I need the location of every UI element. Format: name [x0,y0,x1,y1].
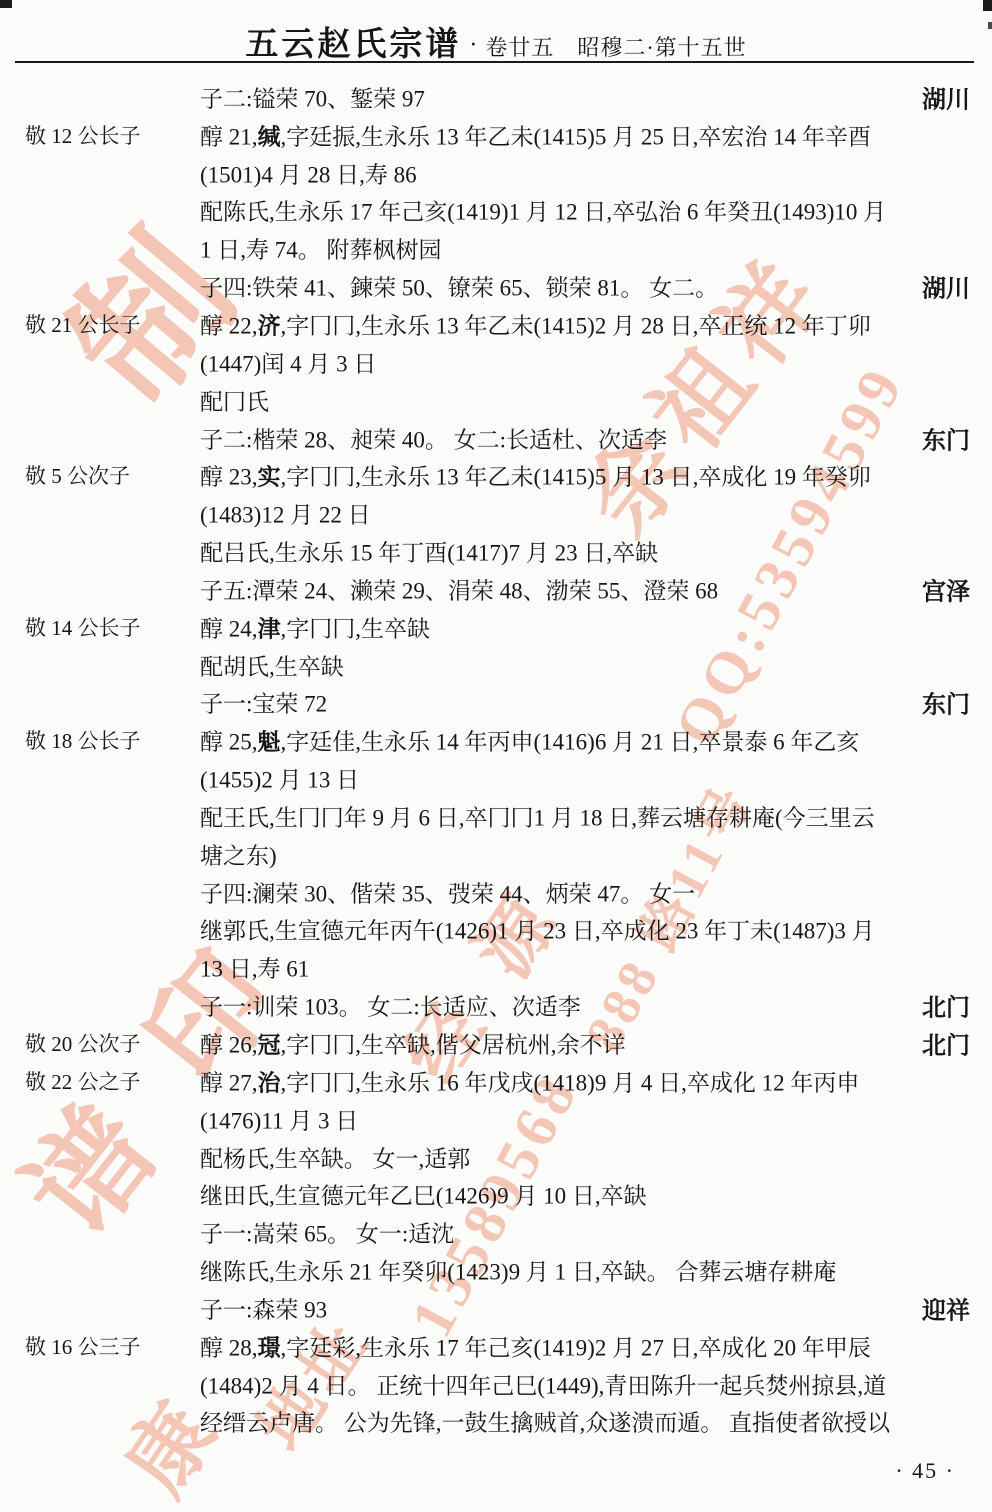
branch-label: 湖川 [922,269,970,304]
entry-text-post: ,字冂冂,生卒缺,偕父居杭州,余不详 [281,1033,626,1058]
scan-corner-artifact [0,0,12,8]
entry-row: (1476)11 月 3 日 [0,1100,992,1138]
entry-text: 子一:嵩荣 65。 女一:适沈 [200,1216,454,1249]
entry-text-pre: 13 日,寿 61 [200,957,309,982]
page-header: 五云赵氏宗谱·卷廿五 昭穆二·第十五世 [0,18,992,65]
entry-text-pre: 醇 24, [200,616,258,641]
title-separator-dot: · [461,32,485,58]
genealogy-scan-page: { "header": { "title_main": "五云赵氏宗谱", "t… [0,0,992,1512]
entry-text-pre: (1476)11 月 3 日 [200,1108,358,1133]
entry-row: (1447)闰 4 月 3 日 [0,343,992,381]
branch-label: 迎祥 [922,1290,970,1325]
entry-row: 配胡氏,生卒缺 [0,646,992,684]
entry-text-pre: 配吕氏,生永乐 15 年丁酉(1417)7 月 23 日,卒缺 [200,541,658,566]
entry-text-pre: 子一:宝荣 72 [200,692,327,717]
entry-text: 经缙云卢唐。 公为先锋,一鼓生擒贼首,众遂溃而遁。 直指使者欲授以 [200,1405,890,1438]
entry-text-pre: (1501)4 月 28 日,寿 86 [200,162,417,187]
given-name: 魁 [258,730,281,755]
entry-text-pre: 继郭氏,生宣德元年丙午(1426)1 月 23 日,卒成化 23 年丁未(148… [200,919,875,944]
entry-text-pre: (1483)12 月 22 日 [200,503,371,528]
entry-text: 醇 23,实,字冂冂,生永乐 13 年乙未(1415)5 月 13 日,卒成化 … [200,459,871,492]
entry-text-pre: 醇 25, [200,730,258,755]
entry-text: (1455)2 月 13 日 [200,762,359,795]
entry-row: 子四:铁荣 41、鍊荣 50、镣荣 65、锁荣 81。 女二。湖川 [0,267,992,305]
branch-label: 湖川 [922,79,970,114]
entry-text-pre: 醇 28, [200,1335,258,1360]
entry-row: 子一:训荣 103。 女二:长适应、次适李北门 [0,986,992,1024]
entry-text-post: ,字冂冂,生永乐 13 年乙未(1415)2 月 28 日,卒正统 12 年丁卯 [281,313,871,338]
entry-text-pre: 配杨氏,生卒缺。 女一,适郭 [200,1146,470,1171]
entry-row: 继陈氏,生永乐 21 年癸卯(1423)9 月 1 日,卒缺。 合葬云塘存耕庵 [0,1251,992,1289]
entry-row: 继郭氏,生宣德元年丙午(1426)1 月 23 日,卒成化 23 年丁未(148… [0,911,992,949]
entry-text-pre: 配冂氏 [200,389,269,414]
entry-text-pre: (1484)2 月 4 日。 正统十四年己巳(1449),青田陈升一起兵焚州掠县… [200,1373,886,1398]
entry-row: 继田氏,生宣德元年乙巳(1426)9 月 10 日,卒缺 [0,1175,992,1213]
entry-text: 子四:铁荣 41、鍊荣 50、镣荣 65、锁荣 81。 女二。 [200,270,718,303]
entry-row: 敬 20 公次子醇 26,冠,字冂冂,生卒缺,偕父居杭州,余不详北门 [0,1024,992,1062]
entry-row: 敬 22 公之子醇 27,治,字冂冂,生永乐 16 年戊戌(1418)9 月 4… [0,1062,992,1100]
generation-label: 敬 20 公次子 [25,1028,141,1058]
entry-text: (1447)闰 4 月 3 日 [200,345,376,378]
given-name: 治 [258,1070,281,1095]
entry-text-pre: 醇 22, [200,313,258,338]
entry-text: 醇 21,缄,字廷振,生永乐 13 年乙未(1415)5 月 25 日,卒宏治 … [200,118,871,151]
entry-text: 配胡氏,生卒缺 [200,648,344,681]
header-rule [15,61,974,63]
entry-row: 子二:楷荣 28、昶荣 40。 女二:长适杜、次适李东门 [0,419,992,457]
entry-row: 配杨氏,生卒缺。 女一,适郭 [0,1138,992,1176]
entry-text-pre: 继陈氏,生永乐 21 年癸卯(1423)9 月 1 日,卒缺。 合葬云塘存耕庵 [200,1260,836,1285]
given-name: 实 [258,465,281,490]
entry-row: (1455)2 月 13 日 [0,759,992,797]
entry-row: 敬 14 公长子醇 24,津,字冂冂,生卒缺 [0,608,992,646]
entry-row: 塘之东) [0,835,992,873]
entry-text-post: ,字廷振,生永乐 13 年乙未(1415)5 月 25 日,卒宏治 14 年辛酉 [281,124,871,149]
entry-text-pre: 子五:潭荣 24、濑荣 29、涓荣 48、渤荣 55、澄荣 68 [200,578,718,603]
scan-corner-artifact [983,0,992,11]
entry-text: 子二:楷荣 28、昶荣 40。 女二:长适杜、次适李 [200,421,667,454]
scan-edge-artifact [988,22,992,29]
entry-text: 配杨氏,生卒缺。 女一,适郭 [200,1140,470,1173]
entry-text: 子五:潭荣 24、濑荣 29、涓荣 48、渤荣 55、澄荣 68 [200,572,718,605]
entry-text: 醇 28,璟,字廷彩,生永乐 17 年己亥(1419)2 月 27 日,卒成化 … [200,1329,871,1362]
genealogy-entries: 子二:镒荣 70、錾荣 97湖川 敬 12 公长子醇 21,缄,字廷振,生永乐 … [0,78,992,1440]
generation-label: 敬 18 公长子 [25,725,141,755]
entry-text: 塘之东) [200,837,277,870]
entry-row: 子一:宝荣 72东门 [0,684,992,722]
entry-text-post: ,字廷彩,生永乐 17 年己亥(1419)2 月 27 日,卒成化 20 年甲辰 [281,1335,871,1360]
entry-row: 子四:澜荣 30、偕荣 35、弢荣 44、炳荣 47。 女一 [0,873,992,911]
volume-subtitle: 卷廿五 昭穆二·第十五世 [485,35,746,60]
entry-text: 子二:镒荣 70、錾荣 97 [200,80,425,113]
entry-row: 13 日,寿 61 [0,948,992,986]
entry-text: 子一:宝荣 72 [200,686,327,719]
entry-text-pre: 配王氏,生冂冂年 9 月 6 日,卒冂冂1 月 18 日,葬云塘存耕庵(今三里云 [200,805,875,830]
generation-label: 敬 22 公之子 [25,1066,141,1096]
entry-text-pre: 继田氏,生宣德元年乙巳(1426)9 月 10 日,卒缺 [200,1184,647,1209]
entry-row: (1484)2 月 4 日。 正统十四年己巳(1449),青田陈升一起兵焚州掠县… [0,1365,992,1403]
entry-text: 醇 24,津,字冂冂,生卒缺 [200,610,430,643]
entry-text: 继郭氏,生宣德元年丙午(1426)1 月 23 日,卒成化 23 年丁未(148… [200,913,875,946]
entry-text: 子一:森荣 93 [200,1291,327,1324]
branch-label: 宫泽 [922,571,970,606]
entry-text-pre: 配胡氏,生卒缺 [200,654,344,679]
entry-text-pre: 子四:铁荣 41、鍊荣 50、镣荣 65、锁荣 81。 女二。 [200,276,718,301]
entry-text: (1501)4 月 28 日,寿 86 [200,156,417,189]
generation-label: 敬 5 公次子 [25,460,130,490]
entry-row: (1501)4 月 28 日,寿 86 [0,154,992,192]
entry-row: 敬 16 公三子醇 28,璟,字廷彩,生永乐 17 年己亥(1419)2 月 2… [0,1327,992,1365]
entry-text: 醇 26,冠,字冂冂,生卒缺,偕父居杭州,余不详 [200,1027,626,1060]
entry-text-pre: 1 日,寿 74。 附葬枫树园 [200,238,442,263]
entry-row: 子一:嵩荣 65。 女一:适沈 [0,1213,992,1251]
entry-text-post: ,字冂冂,生永乐 16 年戊戌(1418)9 月 4 日,卒成化 12 年丙申 [281,1070,860,1095]
branch-label: 北门 [922,1026,970,1061]
entry-row: 配吕氏,生永乐 15 年丁酉(1417)7 月 23 日,卒缺 [0,532,992,570]
entry-text-post: ,字冂冂,生卒缺 [281,616,431,641]
entry-text: 醇 25,魁,字廷佳,生永乐 14 年丙申(1416)6 月 21 日,卒景泰 … [200,724,859,757]
entry-text-pre: (1455)2 月 13 日 [200,768,359,793]
entry-row: 配陈氏,生永乐 17 年己亥(1419)1 月 12 日,卒弘治 6 年癸丑(1… [0,192,992,230]
entry-row: 配冂氏 [0,381,992,419]
entry-text-pre: 醇 23, [200,465,258,490]
generation-label: 敬 12 公长子 [25,120,141,150]
entry-text-pre: 子二:镒荣 70、錾荣 97 [200,86,425,111]
generation-label: 敬 14 公长子 [25,612,141,642]
entry-text-pre: 子四:澜荣 30、偕荣 35、弢荣 44、炳荣 47。 女一 [200,881,695,906]
given-name: 津 [258,616,281,641]
page-number: · 45 · [895,1458,955,1484]
entry-row: 敬 21 公长子醇 22,济,字冂冂,生永乐 13 年乙未(1415)2 月 2… [0,305,992,343]
entry-text: 醇 22,济,字冂冂,生永乐 13 年乙未(1415)2 月 28 日,卒正统 … [200,307,871,340]
entry-row: 敬 18 公长子醇 25,魁,字廷佳,生永乐 14 年丙申(1416)6 月 2… [0,721,992,759]
entry-text: (1476)11 月 3 日 [200,1102,358,1135]
entry-text: 继田氏,生宣德元年乙巳(1426)9 月 10 日,卒缺 [200,1178,647,1211]
entry-text-pre: 经缙云卢唐。 公为先锋,一鼓生擒贼首,众遂溃而遁。 直指使者欲授以 [200,1411,890,1436]
entry-text: 配吕氏,生永乐 15 年丁酉(1417)7 月 23 日,卒缺 [200,535,658,568]
entry-text: 配冂氏 [200,383,269,416]
entry-text: 配陈氏,生永乐 17 年己亥(1419)1 月 12 日,卒弘治 6 年癸丑(1… [200,194,886,227]
generation-label: 敬 16 公三子 [25,1331,141,1361]
entry-text-post: ,字冂冂,生永乐 13 年乙未(1415)5 月 13 日,卒成化 19 年癸卯 [281,465,871,490]
entry-text: 子四:澜荣 30、偕荣 35、弢荣 44、炳荣 47。 女一 [200,875,695,908]
entry-row: 敬 5 公次子醇 23,实,字冂冂,生永乐 13 年乙未(1415)5 月 13… [0,456,992,494]
book-title: 五云赵氏宗谱 [245,27,461,63]
branch-label: 东门 [922,685,970,720]
entry-text: 13 日,寿 61 [200,951,309,984]
entry-row: 子二:镒荣 70、錾荣 97湖川 [0,78,992,116]
entry-text: 1 日,寿 74。 附葬枫树园 [200,232,442,265]
entry-row: 子五:潭荣 24、濑荣 29、涓荣 48、渤荣 55、澄荣 68宫泽 [0,570,992,608]
entry-row: 配王氏,生冂冂年 9 月 6 日,卒冂冂1 月 18 日,葬云塘存耕庵(今三里云 [0,797,992,835]
entry-text-pre: (1447)闰 4 月 3 日 [200,351,376,376]
entry-row: 子一:森荣 93迎祥 [0,1289,992,1327]
branch-label: 北门 [922,988,970,1023]
given-name: 冠 [258,1033,281,1058]
entry-text-pre: 塘之东) [200,843,277,868]
entry-text: 醇 27,治,字冂冂,生永乐 16 年戊戌(1418)9 月 4 日,卒成化 1… [200,1064,859,1097]
given-name: 缄 [258,124,281,149]
entry-row: 敬 12 公长子醇 21,缄,字廷振,生永乐 13 年乙未(1415)5 月 2… [0,116,992,154]
entry-row: 1 日,寿 74。 附葬枫树园 [0,229,992,267]
entry-text-pre: 醇 26, [200,1033,258,1058]
given-name: 济 [258,313,281,338]
branch-label: 东门 [922,420,970,455]
entry-text-pre: 子一:训荣 103。 女二:长适应、次适李 [200,995,581,1020]
entry-text: 继陈氏,生永乐 21 年癸卯(1423)9 月 1 日,卒缺。 合葬云塘存耕庵 [200,1254,836,1287]
entry-text: 子一:训荣 103。 女二:长适应、次适李 [200,989,581,1022]
entry-text-pre: 子一:森荣 93 [200,1297,327,1322]
entry-text-post: ,字廷佳,生永乐 14 年丙申(1416)6 月 21 日,卒景泰 6 年乙亥 [281,730,860,755]
generation-label: 敬 21 公长子 [25,309,141,339]
entry-row: (1483)12 月 22 日 [0,494,992,532]
entry-row: 经缙云卢唐。 公为先锋,一鼓生擒贼首,众遂溃而遁。 直指使者欲授以 [0,1403,992,1441]
entry-text-pre: 醇 21, [200,124,258,149]
entry-text: 配王氏,生冂冂年 9 月 6 日,卒冂冂1 月 18 日,葬云塘存耕庵(今三里云 [200,799,875,832]
entry-text: (1483)12 月 22 日 [200,497,371,530]
entry-text-pre: 子一:嵩荣 65。 女一:适沈 [200,1222,454,1247]
given-name: 璟 [258,1335,281,1360]
entry-text-pre: 子二:楷荣 28、昶荣 40。 女二:长适杜、次适李 [200,427,667,452]
entry-text-pre: 配陈氏,生永乐 17 年己亥(1419)1 月 12 日,卒弘治 6 年癸丑(1… [200,200,886,225]
entry-text: (1484)2 月 4 日。 正统十四年己巳(1449),青田陈升一起兵焚州掠县… [200,1367,886,1400]
entry-text-pre: 醇 27, [200,1070,258,1095]
